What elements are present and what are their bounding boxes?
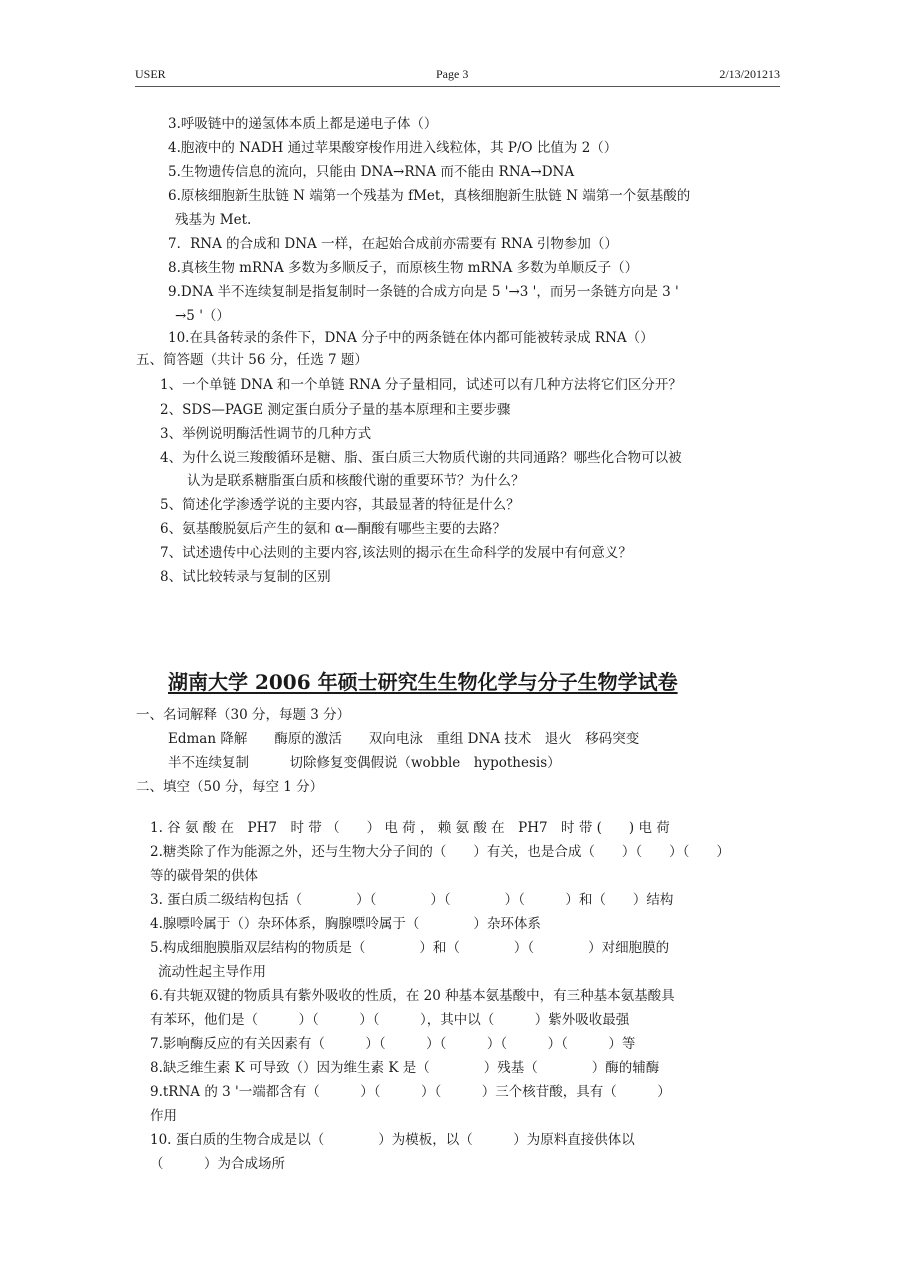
judgement-item-continuation: →5 '（） [175, 306, 230, 326]
short-answer-question-continuation: 认为是联系糖脂蛋白质和核酸代谢的重要环节？为什么？ [187, 471, 525, 491]
section-heading: 五、简答题（共计 56 分，任选 7 题） [136, 350, 368, 370]
judgement-item: 3.呼吸链中的递氢体本质上都是递电子体（） [168, 114, 437, 134]
fill-blank-item: 4.腺嘌呤属于（）杂环体系，胸腺嘌呤属于（ ）杂环体系 [150, 914, 541, 934]
judgement-item: 10.在具备转录的条件下，DNA 分子中的两条链在体内都可能被转录成 RNA（） [168, 328, 654, 348]
fill-blank-item: 10. 蛋白质的生物合成是以（ ）为模板，以（ ）为原料直接供体以 [150, 1130, 635, 1150]
judgement-item: 4.胞液中的 NADH 通过苹果酸穿梭作用进入线粒体，其 P/O 比值为 2（） [168, 138, 617, 158]
page-header: USER Page 3 2/13/201213 [135, 66, 780, 87]
section-heading: 一、名词解释（30 分，每题 3 分） [136, 705, 350, 725]
fill-blank-continuation: （ ）为合成场所 [150, 1154, 285, 1174]
judgement-item: 5.生物遗传信息的流向，只能由 DNA→RNA 而不能由 RNA→DNA [168, 162, 574, 182]
header-page-number: Page 3 [436, 67, 468, 82]
fill-blank-item: 6.有共轭双键的物质具有紫外吸收的性质，在 20 种基本氨基酸中，有三种基本氨基… [150, 986, 675, 1006]
term-list: 半不连续复制 切除修复变偶假说（wobble hypothesis） [168, 753, 561, 773]
short-answer-question: 7、试述遗传中心法则的主要内容,该法则的揭示在生命科学的发展中有何意义？ [160, 543, 632, 563]
fill-blank-continuation: 等的碳骨架的供体 [150, 866, 258, 886]
fill-blank-item: 5.构成细胞膜脂双层结构的物质是（ ）和（ ）（ ）对细胞膜的 [150, 938, 669, 958]
header-date: 2/13/201213 [719, 67, 780, 82]
fill-blank-item: 9.tRNA 的 3 '一端都含有（ ）（ ）（ ）三个核苷酸，具有（ ） [150, 1082, 671, 1102]
fill-blank-item: 7.影响酶反应的有关因素有（ ）（ ）（ ）（ ）（ ）等 [150, 1034, 635, 1054]
header-author: USER [135, 67, 166, 82]
fill-blank-item: 3. 蛋白质二级结构包括（ ）（ ）（ ）（ ）和（ ）结构 [150, 890, 673, 910]
fill-blank-item: 8.缺乏维生素 K 可导致（）因为维生素 K 是（ ）残基（ ）酶的辅酶 [150, 1058, 659, 1078]
short-answer-question: 5、简述化学渗透学说的主要内容，其最显著的特征是什么？ [160, 495, 520, 515]
exam-title: 湖南大学 2006 年硕士研究生生物化学与分子生物学试卷 [168, 666, 678, 695]
short-answer-question: 4、为什么说三羧酸循环是糖、脂、蛋白质三大物质代谢的共同通路？哪些化合物可以被 [160, 448, 682, 468]
fill-blank-item: 1. 谷 氨 酸 在 PH7 时 带 （ ） 电 荷 ， 赖 氨 酸 在 PH7… [150, 818, 670, 838]
judgement-item: 7．RNA 的合成和 DNA 一样，在起始合成前亦需要有 RNA 引物参加（） [168, 234, 618, 254]
judgement-item: 8.真核生物 mRNA 多数为多顺反子，而原核生物 mRNA 多数为单顺反子（） [168, 258, 638, 278]
judgement-item: 9.DNA 半不连续复制是指复制时一条链的合成方向是 5 '→3 '，而另一条链… [168, 282, 679, 302]
fill-blank-continuation: 流动性起主导作用 [158, 962, 266, 982]
fill-blank-continuation: 作用 [150, 1106, 177, 1126]
short-answer-question: 3、举例说明酶活性调节的几种方式 [160, 424, 371, 444]
short-answer-question: 6、氨基酸脱氨后产生的氨和 α—酮酸有哪些主要的去路？ [160, 519, 506, 539]
judgement-item: 6.原核细胞新生肽链 N 端第一个残基为 fMet，真核细胞新生肽链 N 端第一… [168, 186, 690, 206]
term-list: Edman 降解 酶原的激活 双向电泳 重组 DNA 技术 退火 移码突变 [168, 729, 639, 749]
section-heading: 二、填空（50 分，每空 1 分） [136, 777, 323, 797]
judgement-item-continuation: 残基为 Met. [175, 210, 251, 230]
fill-blank-continuation: 有苯环，他们是（ ）（ ）（ ），其中以（ ）紫外吸收最强 [150, 1010, 629, 1030]
fill-blank-item: 2.糖类除了作为能源之外，还与生物大分子间的（ ）有关，也是合成（ ）（ ）（ … [150, 842, 730, 862]
short-answer-question: 2、SDS—PAGE 测定蛋白质分子量的基本原理和主要步骤 [160, 400, 510, 420]
short-answer-question: 1、一个单链 DNA 和一个单链 RNA 分子量相同，试述可以有几种方法将它们区… [160, 375, 682, 395]
short-answer-question: 8、试比较转录与复制的区别 [160, 567, 331, 587]
